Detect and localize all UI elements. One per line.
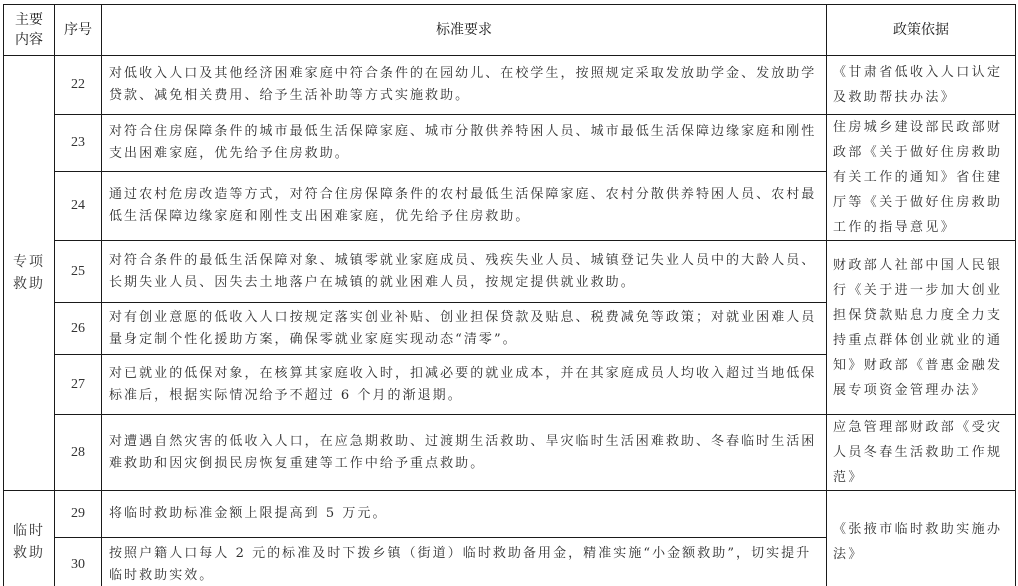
header-basis: 政策依据 (827, 5, 1016, 56)
row-number: 28 (55, 415, 102, 491)
header-category: 主要内容 (4, 5, 55, 56)
basis-cell: 《甘肃省低收入人口认定及救助帮扶办法》 (827, 56, 1016, 115)
requirement-cell: 对符合条件的最低生活保障对象、城镇零就业家庭成员、残疾失业人员、城镇登记失业人员… (102, 241, 827, 303)
table-row: 23 对符合住房保障条件的城市最低生活保障家庭、城市分散供养特困人员、城市最低生… (4, 115, 1016, 172)
row-number: 30 (55, 538, 102, 586)
requirement-cell: 对遭遇自然灾害的低收入人口，在应急期救助、过渡期生活救助、旱灾临时生活困难救助、… (102, 415, 827, 491)
row-number: 22 (55, 56, 102, 115)
header-requirement: 标准要求 (102, 5, 827, 56)
requirement-cell: 对符合住房保障条件的城市最低生活保障家庭、城市分散供养特困人员、城市最低生活保障… (102, 115, 827, 172)
requirement-cell: 通过农村危房改造等方式，对符合住房保障条件的农村最低生活保障家庭、农村分散供养特… (102, 172, 827, 241)
requirement-cell: 对有创业意愿的低收入人口按规定落实创业补贴、创业担保贷款及贴息、税费减免等政策；… (102, 303, 827, 355)
requirement-cell: 按照户籍人口每人 2 元的标准及时下拨乡镇（街道）临时救助备用金，精准实施“小金… (102, 538, 827, 586)
requirement-cell: 将临时救助标准金额上限提高到 5 万元。 (102, 491, 827, 538)
table-row: 临时救助 29 将临时救助标准金额上限提高到 5 万元。 《张掖市临时救助实施办… (4, 491, 1016, 538)
basis-cell: 财政部人社部中国人民银行《关于进一步加大创业担保贷款贴息力度全力支持重点群体创业… (827, 241, 1016, 415)
basis-cell: 《张掖市临时救助实施办法》 (827, 491, 1016, 586)
row-number: 24 (55, 172, 102, 241)
row-number: 25 (55, 241, 102, 303)
table-row: 专项救助 22 对低收入人口及其他经济困难家庭中符合条件的在园幼儿、在校学生，按… (4, 56, 1016, 115)
row-number: 29 (55, 491, 102, 538)
row-number: 26 (55, 303, 102, 355)
category-cell: 专项救助 (4, 56, 55, 491)
policy-table: 主要内容 序号 标准要求 政策依据 专项救助 22 对低收入人口及其他经济困难家… (3, 4, 1016, 586)
header-row: 主要内容 序号 标准要求 政策依据 (4, 5, 1016, 56)
basis-cell: 住房城乡建设部民政部财政部《关于做好住房救助有关工作的通知》省住建厅等《关于做好… (827, 115, 1016, 241)
row-number: 27 (55, 355, 102, 415)
header-number: 序号 (55, 5, 102, 56)
basis-cell: 应急管理部财政部《受灾人员冬春生活救助工作规范》 (827, 415, 1016, 491)
category-cell: 临时救助 (4, 491, 55, 586)
row-number: 23 (55, 115, 102, 172)
table-row: 25 对符合条件的最低生活保障对象、城镇零就业家庭成员、残疾失业人员、城镇登记失… (4, 241, 1016, 303)
requirement-cell: 对低收入人口及其他经济困难家庭中符合条件的在园幼儿、在校学生，按照规定采取发放助… (102, 56, 827, 115)
requirement-cell: 对已就业的低保对象，在核算其家庭收入时，扣减必要的就业成本，并在其家庭成员人均收… (102, 355, 827, 415)
table-row: 28 对遭遇自然灾害的低收入人口，在应急期救助、过渡期生活救助、旱灾临时生活困难… (4, 415, 1016, 491)
